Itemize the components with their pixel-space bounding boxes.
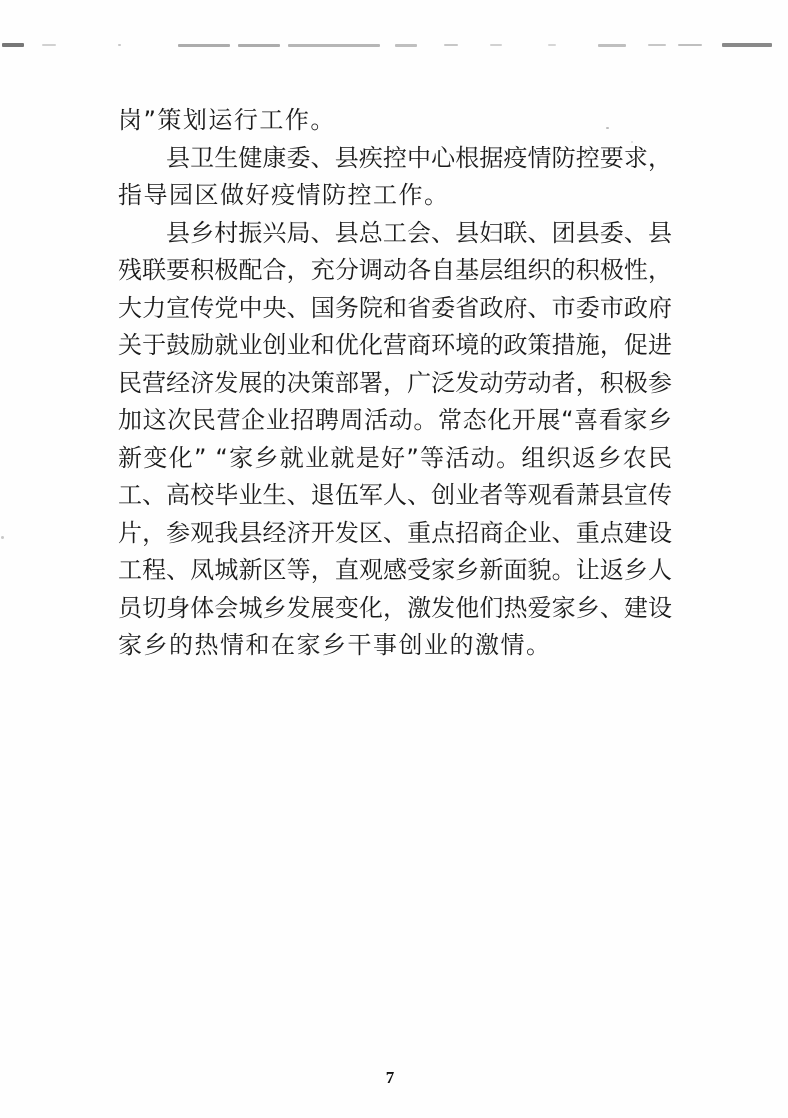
scan-noise-mark xyxy=(2,43,24,47)
scan-noise-mark xyxy=(548,44,556,46)
page-footer: 7 xyxy=(0,1068,780,1088)
text-line: 残联要积极配合，充分调动各自基层组织的积极性， xyxy=(118,252,672,290)
scan-noise-mark xyxy=(395,44,417,47)
text-line: 民营经济发展的决策部署，广泛发动劳动者，积极参 xyxy=(118,365,672,403)
scan-speck xyxy=(1,536,4,539)
scan-noise-mark xyxy=(598,44,626,47)
text-line: 岗”策划运行工作。 xyxy=(118,102,672,140)
scan-noise-mark xyxy=(42,44,56,46)
scan-noise-mark xyxy=(722,43,772,47)
scan-noise-mark xyxy=(238,44,280,47)
document-body: 岗”策划运行工作。县卫生健康委、县疾控中心根据疫情防控要求，指导园区做好疫情防控… xyxy=(118,102,672,665)
text-line: 家乡的热情和在家乡干事创业的激情。 xyxy=(118,627,672,665)
text-line: 片，参观我县经济开发区、重点招商企业、重点建设 xyxy=(118,515,672,553)
scan-noise-strip xyxy=(0,42,788,48)
scan-noise-mark xyxy=(444,44,458,46)
scanned-document-page: 岗”策划运行工作。县卫生健康委、县疾控中心根据疫情防控要求，指导园区做好疫情防控… xyxy=(0,0,788,1118)
text-line: 加这次民营企业招聘周活动。常态化开展“喜看家乡 xyxy=(118,402,672,440)
scan-noise-mark xyxy=(288,44,380,47)
text-line: 工程、凤城新区等，直观感受家乡新面貌。让返乡人 xyxy=(118,552,672,590)
scan-noise-mark xyxy=(118,44,121,46)
scan-noise-mark xyxy=(648,44,666,46)
text-line: 关于鼓励就业创业和优化营商环境的政策措施，促进 xyxy=(118,327,672,365)
scan-noise-mark xyxy=(678,44,702,46)
scan-noise-mark xyxy=(490,44,502,46)
scan-noise-mark xyxy=(178,44,230,47)
text-line: 大力宣传党中央、国务院和省委省政府、市委市政府 xyxy=(118,290,672,328)
text-line: 县乡村振兴局、县总工会、县妇联、团县委、县 xyxy=(118,215,672,253)
page-number: 7 xyxy=(386,1068,395,1087)
text-line: 县卫生健康委、县疾控中心根据疫情防控要求， xyxy=(118,140,672,178)
text-line: 新变化” “家乡就业就是好”等活动。组织返乡农民 xyxy=(118,440,672,478)
text-line: 工、高校毕业生、退伍军人、创业者等观看萧县宣传 xyxy=(118,477,672,515)
text-line: 指导园区做好疫情防控工作。 xyxy=(118,177,672,215)
text-line: 员切身体会城乡发展变化，激发他们热爱家乡、建设 xyxy=(118,590,672,628)
